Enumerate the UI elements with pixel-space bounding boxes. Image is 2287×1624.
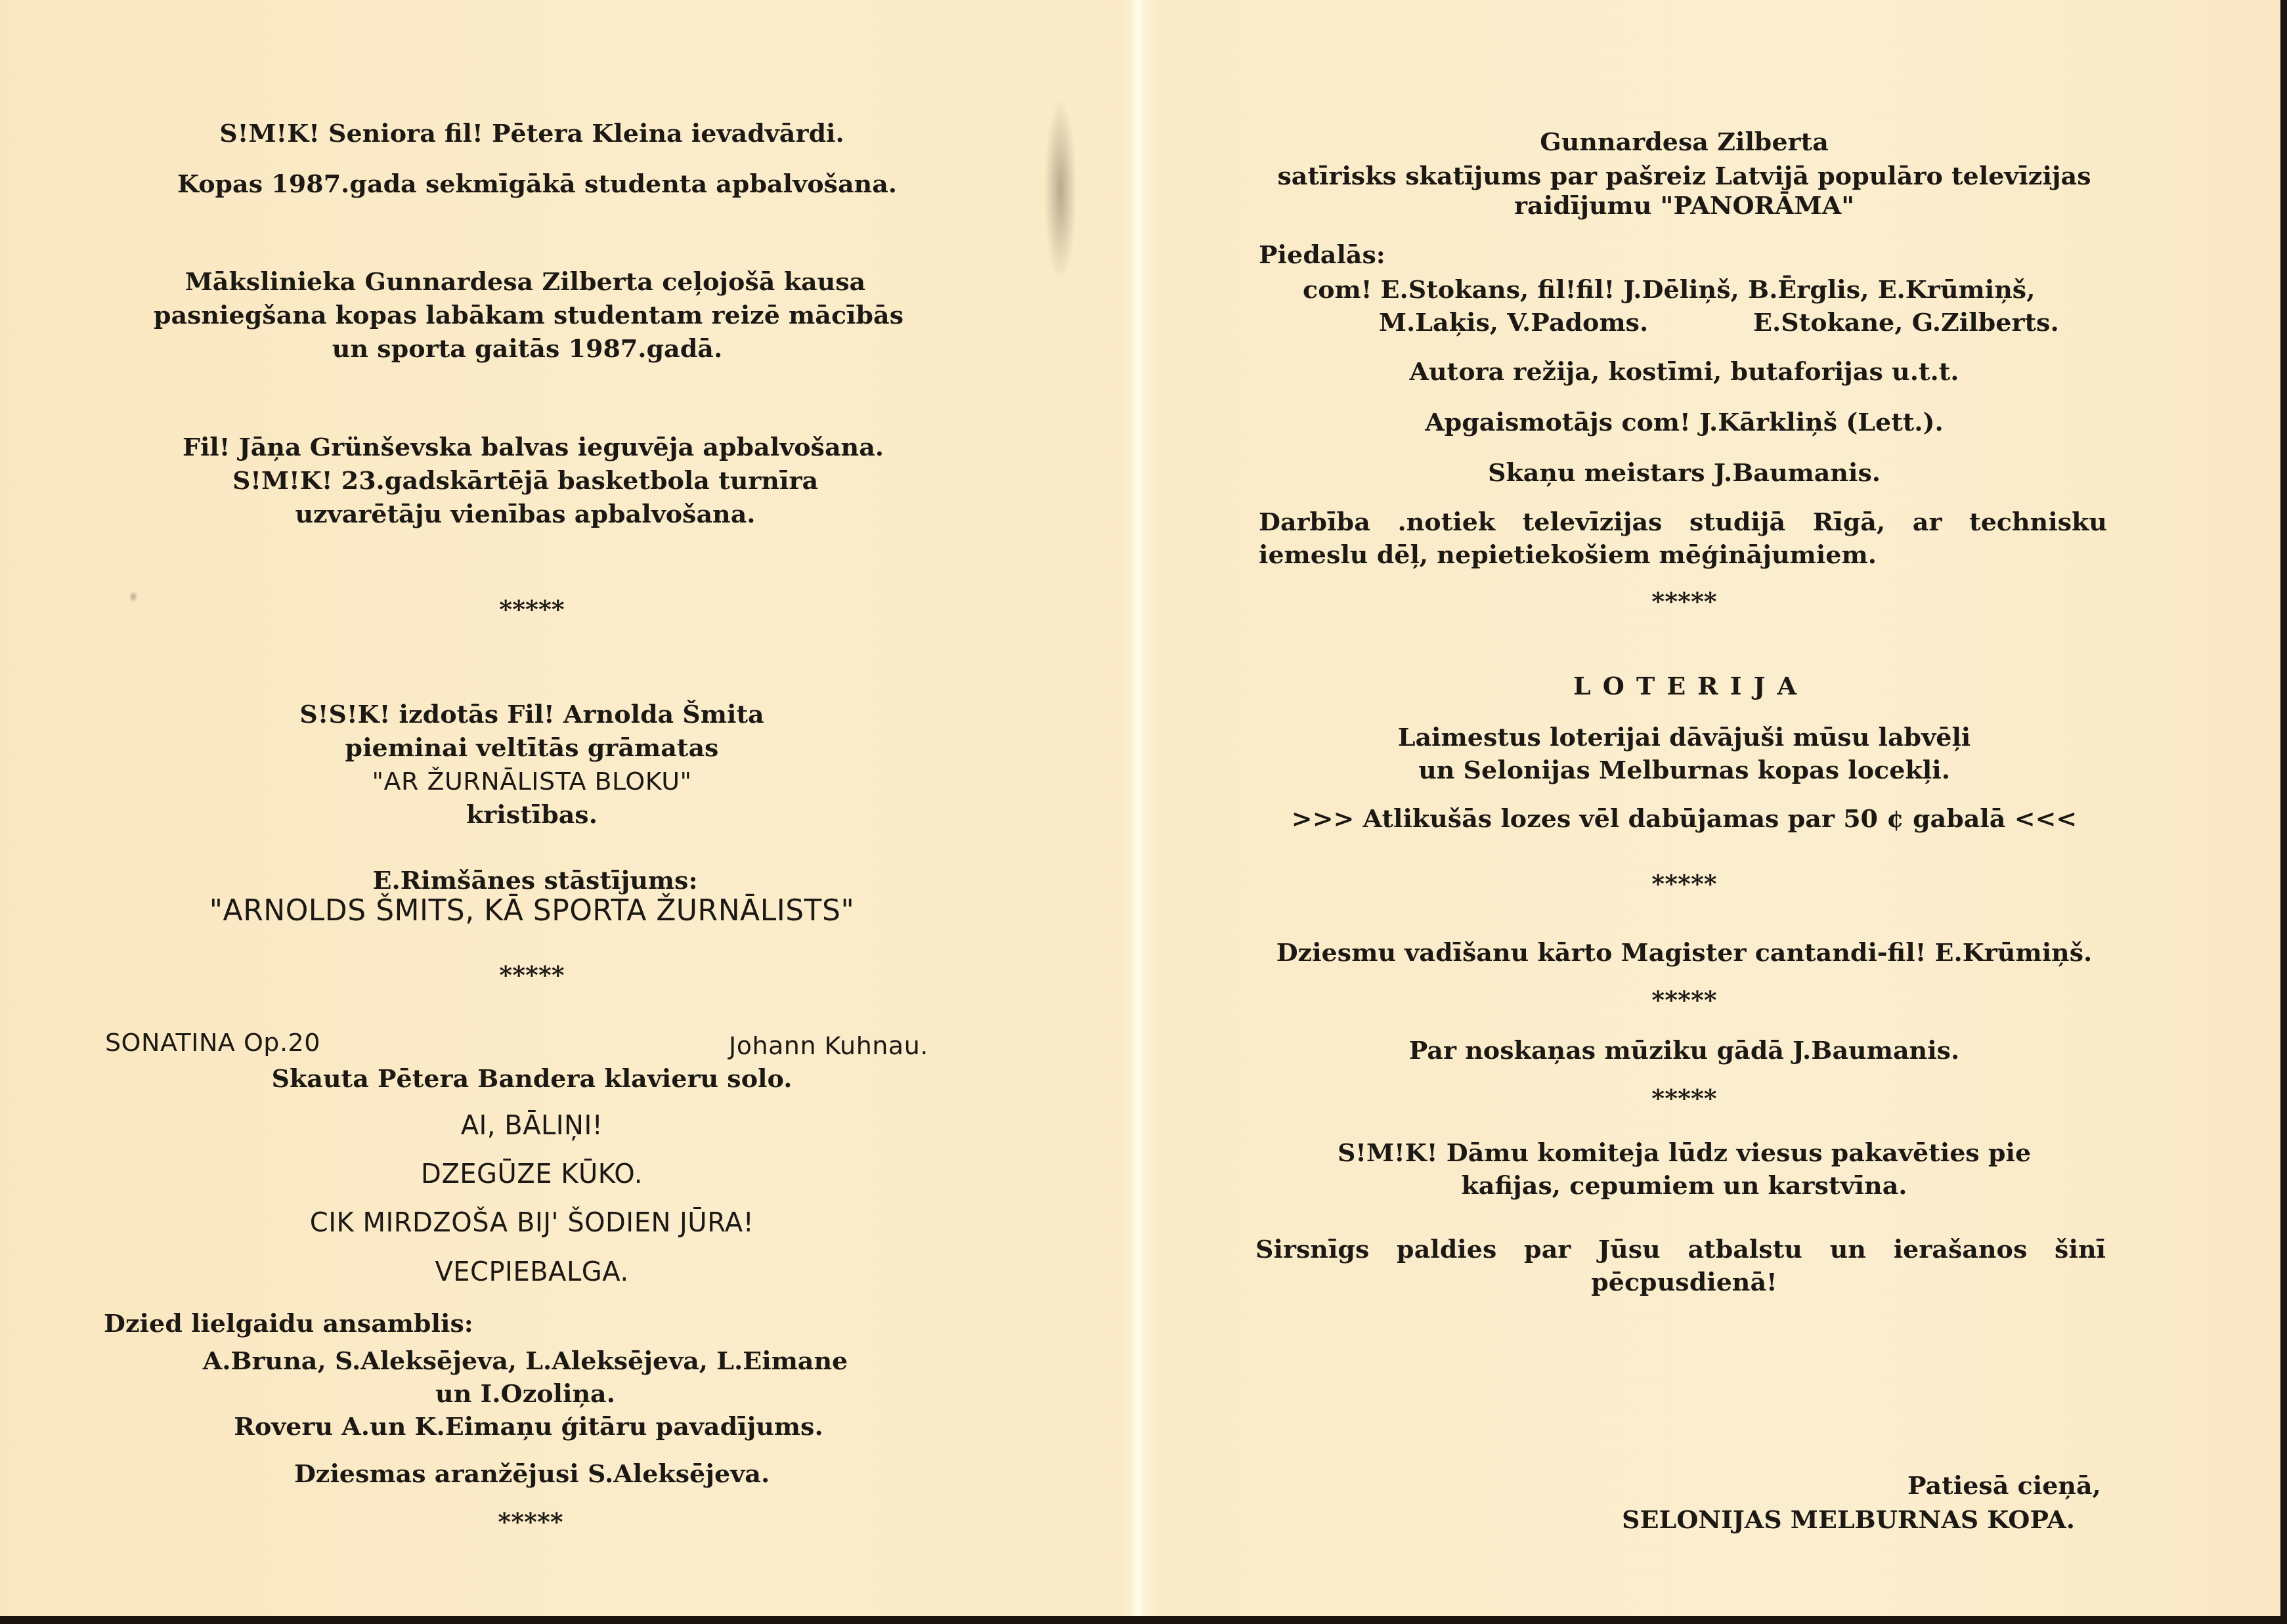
scan-edge-right <box>2280 0 2287 1624</box>
book-line-1: S!S!K! izdotās Fil! Arnolda Šmita <box>299 699 764 729</box>
ensemble-members-1: A.Bruna, S.Aleksējeva, L.Aleksējeva, L.E… <box>203 1346 848 1376</box>
cup-award-line-1: Mākslinieka Gunnardesa Zilberta ceļojošā… <box>185 267 865 297</box>
setting-line-1: Darbība .notiek televīzijas studijā Rīgā… <box>1259 507 2107 537</box>
separator: ***** <box>499 960 564 990</box>
separator: ***** <box>1651 1083 1716 1113</box>
thanks-line-1: Sirsnīgs paldies par Jūsu atbalstu un ie… <box>1255 1234 2106 1264</box>
song-4: VECPIEBALGA. <box>435 1257 628 1287</box>
separator: ***** <box>1651 868 1716 899</box>
sound-line: Skaņu meistars J.Baumanis. <box>1488 458 1881 488</box>
satire-line-2: satīrisks skatījums par pašreiz Latvijā … <box>1277 161 2091 191</box>
separator: ***** <box>499 594 564 624</box>
lottery-title: LOTERIJA <box>1573 671 1808 701</box>
lottery-price: >>> Atlikušās lozes vēl dabūjamas par 50… <box>1292 803 2077 834</box>
guitar-line: Roveru A.un K.Eimaņu ģitāru pavadījums. <box>234 1411 823 1442</box>
cup-award-line-3: un sporta gaitās 1987.gadā. <box>332 333 722 364</box>
coffee-line-1: S!M!K! Dāmu komiteja lūdz viesus pakavēt… <box>1338 1138 2031 1168</box>
prize-line-3: uzvarētāju vienības apbalvošana. <box>295 499 755 529</box>
direction-line: Autora režija, kostīmi, butaforijas u.t.… <box>1409 356 1959 387</box>
ensemble-label: Dzied lielgaidu ansamblis: <box>104 1308 473 1338</box>
thanks-line-2: pēcpusdienā! <box>1591 1267 1777 1297</box>
song-2: DZEGŪZE KŪKO. <box>421 1159 643 1189</box>
cast-line-1: com! E.Stokans, fil!fil! J.Dēliņš, B.Ērg… <box>1303 274 2035 305</box>
song-3: CIK MIRDZOŠA BIJ' ŠODIEN JŪRA! <box>310 1208 754 1238</box>
ink-smudge <box>1044 98 1077 282</box>
lottery-text-2: un Selonijas Melburnas kopas locekļi. <box>1418 755 1950 785</box>
cast-line-2a: M.Laķis, V.Padoms. <box>1379 307 1648 337</box>
signature: SELONIJAS MELBURNAS KOPA. <box>1622 1505 2075 1535</box>
cast-label: Piedalās: <box>1259 240 1385 270</box>
book-line-2: pieminai veltītās grāmatas <box>345 733 719 763</box>
piano-solo: Skauta Pētera Bandera klavieru solo. <box>272 1063 793 1094</box>
book-line-4: kristības. <box>466 800 598 830</box>
song-1: AI, BĀLIŅI! <box>461 1111 603 1141</box>
satire-line-1: Gunnardesa Zilberta <box>1540 127 1829 157</box>
scan-edge-bottom <box>0 1616 2287 1624</box>
cup-award-line-2: pasniegšana kopas labākam studentam reiz… <box>154 300 904 330</box>
book-title: "AR ŽURNĀLISTA BLOKU" <box>372 766 692 796</box>
prize-line-2: S!M!K! 23.gadskārtējā basketbola turnīra <box>232 465 818 496</box>
song-leader: Dziesmu vadīšanu kārto Magister cantandi… <box>1276 937 2093 968</box>
prize-line-1: Fil! Jāņa Grünševska balvas ieguvēja apb… <box>183 432 884 462</box>
ink-dot <box>129 591 138 603</box>
separator: ***** <box>1651 586 1716 616</box>
satire-line-3: raidījumu "PANORĀMA" <box>1514 190 1854 221</box>
story-intro: E.Rimšānes stāstījums: <box>373 865 698 895</box>
arranged-line: Dziesmas aranžējusi S.Aleksējeva. <box>294 1459 770 1489</box>
student-award-line: Kopas 1987.gada sekmīgākā studenta apbal… <box>177 169 897 199</box>
separator: ***** <box>1651 985 1716 1015</box>
ensemble-members-2: un I.Ozoliņa. <box>435 1378 615 1409</box>
program-sheet: S!M!K! Seniora fil! Pētera Kleina ievadv… <box>0 0 2280 1616</box>
sonatina-title: SONATINA Op.20 <box>105 1027 320 1058</box>
intro-line: S!M!K! Seniora fil! Pētera Kleina ievadv… <box>219 118 844 148</box>
cast-line-2b: E.Stokane, G.Zilberts. <box>1753 307 2059 337</box>
story-title: "ARNOLDS ŠMITS, KĀ SPORTA ŽURNĀLISTS" <box>209 896 854 926</box>
separator: ***** <box>498 1506 563 1537</box>
lottery-text-1: Laimestus loterijai dāvājuši mūsu labvēļ… <box>1398 722 1971 752</box>
closing-line: Patiesā cieņā, <box>1907 1470 2101 1501</box>
lighting-line: Apgaismotājs com! J.Kārkliņš (Lett.). <box>1425 407 1944 437</box>
music-line: Par noskaņas mūziku gādā J.Baumanis. <box>1409 1035 1959 1065</box>
coffee-line-2: kafijas, cepumiem un karstvīna. <box>1462 1170 1907 1201</box>
center-fold <box>1131 0 1145 1616</box>
setting-line-2: iemeslu dēļ, nepietiekošiem mēģinājumiem… <box>1259 540 1877 570</box>
sonatina-composer: Johann Kuhnau. <box>729 1031 928 1061</box>
